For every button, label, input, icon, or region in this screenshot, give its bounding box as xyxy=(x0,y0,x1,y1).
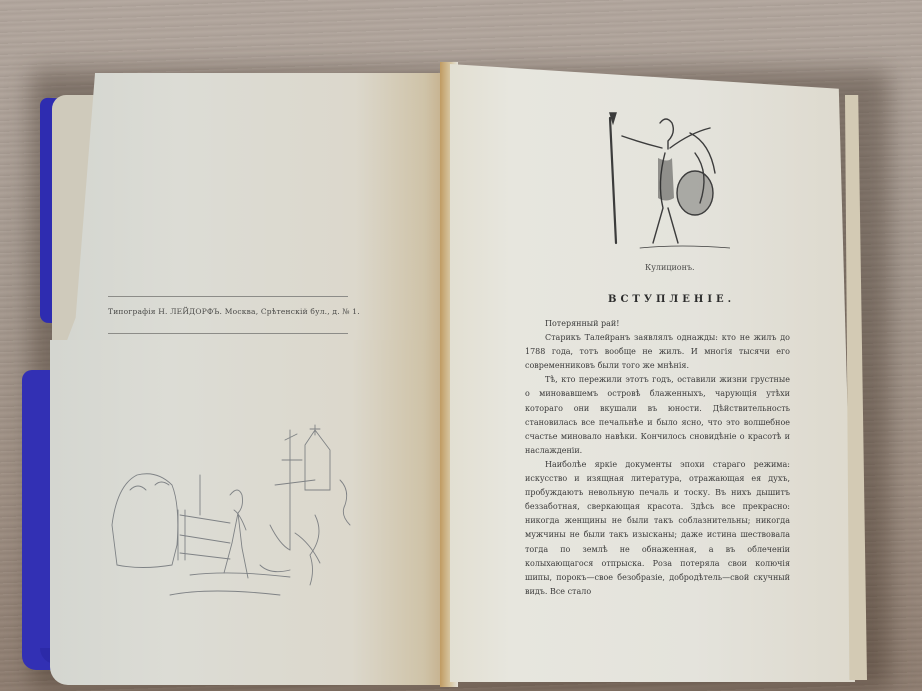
paragraph: Наиболѣе яркіе документы эпохи стараго р… xyxy=(525,458,790,599)
paragraph: Тѣ, кто пережили этотъ годъ, оставили жи… xyxy=(525,373,790,458)
chapter-body-text: Потерянный рай! Старикъ Талейранъ заявля… xyxy=(525,317,790,599)
paragraph: Потерянный рай! xyxy=(525,317,790,331)
chapter-heading: ВСТУПЛЕНІЕ. xyxy=(608,294,735,305)
imprint-rule-bottom xyxy=(108,333,348,334)
sketch-illustration xyxy=(100,415,380,610)
paragraph: Старикъ Талейранъ заявлялъ однажды: кто … xyxy=(525,331,790,373)
printer-imprint: Типографія Н. ЛЕЙДОРФЪ. Москва, Срѣтенск… xyxy=(108,307,360,316)
book-cover-edge-bottom xyxy=(22,370,52,670)
engraving-illustration xyxy=(600,108,730,258)
illustration-caption: Кулиционъ. xyxy=(645,263,695,272)
imprint-rule-top xyxy=(108,296,348,297)
